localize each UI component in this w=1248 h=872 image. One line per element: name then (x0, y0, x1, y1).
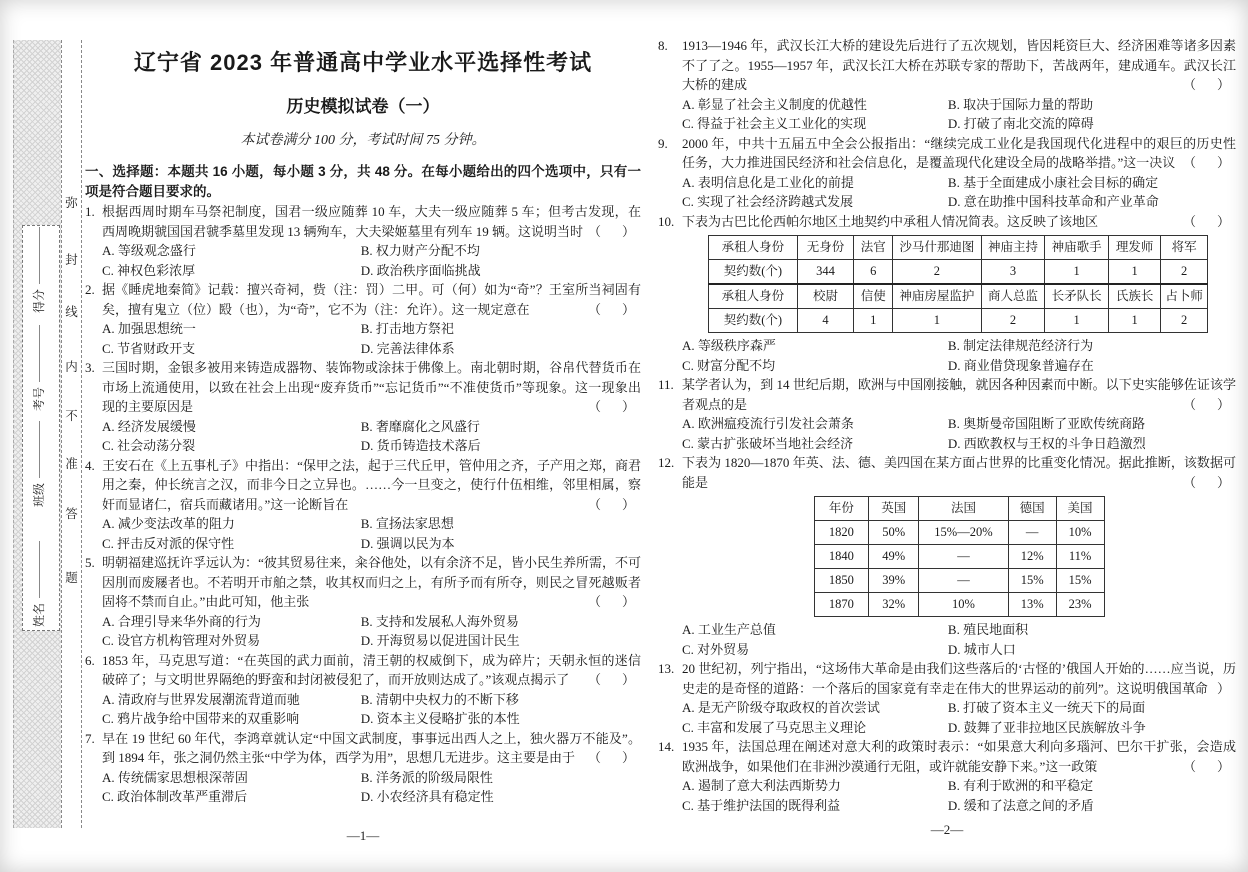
answer-bracket: （ ） (1183, 212, 1234, 232)
option-a: A. 欧洲瘟疫流行引发社会萧条 (682, 414, 948, 434)
option-b: B. 制定法律规范经济行为 (948, 336, 1236, 356)
options: A. 等级秩序森严 B. 制定法律规范经济行为 C. 财富分配不均 D. 商业借… (682, 336, 1236, 375)
cell: — (919, 569, 1009, 593)
question-7: 7. 早在 19 世纪 60 年代，李鸿章就认定“中国文武制度，事事远出西人之上… (85, 729, 641, 807)
exam-number-field: 考号 (30, 325, 47, 411)
option-c: C. 鸦片战争给中国带来的双重影响 (102, 709, 361, 729)
cell: 神庙歌手 (1045, 236, 1109, 260)
cell: 11% (1056, 545, 1104, 569)
score-field: 得分 (30, 227, 47, 313)
stem-text: 1913—1946 年，武汉长江大桥的建设先后进行了五次规划，皆因耗资巨大、经济… (682, 38, 1236, 92)
option-d: D. 货币铸造技术落后 (361, 436, 641, 456)
option-c: C. 实现了社会经济跨越式发展 (682, 192, 948, 212)
option-b: B. 打击地方祭祀 (361, 319, 641, 339)
seal-char: 封 (62, 250, 81, 268)
seal-char: 题 (62, 568, 81, 586)
question-stem: 1913—1946 年，武汉长江大桥的建设先后进行了五次规划，皆因耗资巨大、经济… (682, 36, 1236, 95)
option-d: D. 强调以民为本 (361, 534, 641, 554)
stem-text: 明朝福建巡抚许孚远认为：“彼其贸易往来，籴谷他处，以有余济不足，皆小民生养所需，… (102, 555, 641, 609)
seal-char: 准 (62, 454, 81, 472)
option-a: A. 工业生产总值 (682, 620, 948, 640)
option-c: C. 财富分配不均 (682, 356, 948, 376)
seal-char: 内 (62, 357, 81, 375)
question-3: 3. 三国时期，金银多被用来铸造成器物、装饰物或涂抹于佛像上。南北朝时期，谷帛代… (85, 358, 641, 456)
answer-bracket: （ ） (1183, 473, 1234, 493)
options: A. 等级观念盛行 B. 权力财产分配不均 C. 神权色彩浓厚 D. 政治秩序面… (102, 241, 641, 280)
options: A. 加强思想统一 B. 打击地方祭祀 C. 节省财政开支 D. 完善法律体系 (102, 319, 641, 358)
question-14: 14. 1935 年，法国总理在阐述对意大利的政策时表示：“如果意大利向多瑙河、… (658, 737, 1236, 815)
question-5: 5. 明朝福建巡抚许孚远认为：“彼其贸易往来，籴谷他处，以有余济不足，皆小民生养… (85, 553, 641, 651)
paper-subtitle: 历史模拟试卷（一） (85, 96, 641, 118)
option-b: B. 有利于欧洲的和平稳定 (948, 776, 1236, 796)
answer-bracket: （ ） (588, 670, 639, 690)
options: A. 欧洲瘟疫流行引发社会萧条 B. 奥斯曼帝国阻断了亚欧传统商路 C. 蒙古扩… (682, 414, 1236, 453)
cell: 法官 (854, 236, 893, 260)
option-c: C. 对外贸易 (682, 640, 948, 660)
stem-text: 王安石在《上五事札子》中指出：“保甲之法，起于三代丘甲，管仲用之齐，子产用之郑，… (102, 458, 641, 512)
seal-line-column: 弥 封 线 内 不 准 答 题 (61, 40, 82, 828)
option-a: A. 等级秩序森严 (682, 336, 948, 356)
cell: 15%—20% (919, 521, 1009, 545)
question-stem: 1935 年，法国总理在阐述对意大利的政策时表示：“如果意大利向多瑙河、巴尔干扩… (682, 737, 1236, 776)
option-c: C. 基于维护法国的既得利益 (682, 796, 948, 816)
question-number: 7. (85, 729, 95, 749)
options: A. 是无产阶级夺取政权的首次尝试 B. 打破了资本主义一统天下的局面 C. 丰… (682, 698, 1236, 737)
header-cell: 法国 (919, 497, 1009, 521)
table-row: 1850 39% — 15% 15% (814, 569, 1104, 593)
page-1: 辽宁省 2023 年普通高中学业水平选择性考试 历史模拟试卷（一） 本试卷满分 … (85, 46, 641, 807)
cell: 校尉 (797, 284, 853, 309)
option-d: D. 资本主义侵略扩张的本性 (361, 709, 641, 729)
cell: 3 (981, 260, 1045, 285)
question-1: 1. 根据西周时期车马祭祀制度，国君一级应随葬 10 车，大夫一级应随葬 5 车… (85, 202, 641, 280)
cell: 1840 (814, 545, 869, 569)
stem-text: 下表为古巴比伦西帕尔地区土地契约中承租人情况简表。这反映了该地区 (682, 214, 1098, 229)
cell: 将军 (1161, 236, 1208, 260)
exam-info-line: 本试卷满分 100 分，考试时间 75 分钟。 (85, 131, 641, 151)
cell: 13% (1008, 593, 1056, 617)
table-row: 1820 50% 15%—20% — 10% (814, 521, 1104, 545)
question-10: 10. 下表为古巴比伦西帕尔地区土地契约中承租人情况简表。这反映了该地区（ ） … (658, 212, 1236, 376)
name-label: 姓名 (30, 603, 47, 627)
cell: 2 (1161, 260, 1208, 285)
question-number: 9. (658, 134, 668, 154)
question-8: 8. 1913—1946 年，武汉长江大桥的建设先后进行了五次规划，皆因耗资巨大… (658, 36, 1236, 134)
option-b: B. 殖民地面积 (948, 620, 1236, 640)
answer-bracket: （ ） (588, 495, 639, 515)
cell: 承租人身份 (709, 284, 798, 309)
question-stem: 2000 年，中共十五届五中全会公报指出：“继续完成工业化是我国现代化进程中的艰… (682, 134, 1236, 173)
cell: 神庙房屋监护 (893, 284, 981, 309)
stem-text: 某学者认为，到 14 世纪后期，欧洲与中国刚接触，就因各种因素而中断。以下史实能… (682, 377, 1236, 412)
exam-number-label: 考号 (30, 387, 47, 411)
option-c: C. 社会动荡分裂 (102, 436, 361, 456)
seal-char: 不 (62, 406, 81, 424)
option-a: A. 传统儒家思想根深蒂固 (102, 768, 361, 788)
cell: 神庙主持 (981, 236, 1045, 260)
stem-text: 早在 19 世纪 60 年代，李鸿章就认定“中国文武制度，事事远出西人之上，独火… (102, 731, 641, 766)
page-number-2: —2— (658, 822, 1236, 838)
options: A. 遏制了意大利法西斯势力 B. 有利于欧洲的和平稳定 C. 基于维护法国的既… (682, 776, 1236, 815)
answer-bracket: （ ） (588, 222, 639, 242)
question-number: 10. (658, 212, 674, 232)
options: A. 经济发展缓慢 B. 奢靡腐化之风盛行 C. 社会动荡分裂 D. 货币铸造技… (102, 417, 641, 456)
question-number: 1. (85, 202, 95, 222)
question-stem: 明朝福建巡抚许孚远认为：“彼其贸易往来，籴谷他处，以有余济不足，皆小民生养所需，… (102, 553, 641, 612)
options: A. 工业生产总值 B. 殖民地面积 C. 对外贸易 D. 城市人口 (682, 620, 1236, 659)
option-b: B. 洋务派的阶级局限性 (361, 768, 641, 788)
cell: 氏族长 (1109, 284, 1161, 309)
stem-text: 下表为 1820—1870 年英、法、德、美四国在某方面占世界的比重变化情况。据… (682, 455, 1236, 490)
cell: 1 (1109, 260, 1161, 285)
option-c: C. 得益于社会主义工业化的实现 (682, 114, 948, 134)
option-b: B. 权力财产分配不均 (361, 241, 641, 261)
exam-number-blank-line (38, 325, 40, 382)
class-label: 班级 (30, 483, 47, 507)
cell: 50% (869, 521, 919, 545)
table-row: 年份 英国 法国 德国 美国 (814, 497, 1104, 521)
cell: 6 (854, 260, 893, 285)
table-row: 承租人身份 无身份 法官 沙马什那迪图 神庙主持 神庙歌手 理发师 将军 (709, 236, 1208, 260)
score-blank-line (38, 227, 40, 284)
option-a: A. 加强思想统一 (102, 319, 361, 339)
option-b: B. 奥斯曼帝国阻断了亚欧传统商路 (948, 414, 1236, 434)
question-stem: 20 世纪初，列宁指出，“这场伟大革命是由我们这些落后的‘古怪的’俄国人开始的…… (682, 659, 1236, 698)
score-label: 得分 (30, 289, 47, 313)
cell: 信使 (854, 284, 893, 309)
cell: 2 (893, 260, 981, 285)
option-b: B. 支持和发展私人海外贸易 (361, 612, 641, 632)
question-stem: 据《睡虎地秦简》记载：擅兴奇祠，赀（注：罚）二甲。可（何）如为“奇”？王室所当祠… (102, 280, 641, 319)
question-number: 12. (658, 453, 674, 473)
stem-text: 20 世纪初，列宁指出，“这场伟大革命是由我们这些落后的‘古怪的’俄国人开始的…… (682, 661, 1236, 696)
table-row: 1870 32% 10% 13% 23% (814, 593, 1104, 617)
cell: 49% (869, 545, 919, 569)
header-cell: 年份 (814, 497, 869, 521)
question-12: 12. 下表为 1820—1870 年英、法、德、美四国在某方面占世界的比重变化… (658, 453, 1236, 659)
question-4: 4. 王安石在《上五事札子》中指出：“保甲之法，起于三代丘甲，管仲用之齐，子产用… (85, 456, 641, 554)
cell: 344 (797, 260, 853, 285)
question-stem: 1853 年，马克思写道：“在英国的武力面前，清王朝的权威倒下，成为碎片；天朝永… (102, 651, 641, 690)
options: A. 传统儒家思想根深蒂固 B. 洋务派的阶级局限性 C. 政治体制改革严重滞后… (102, 768, 641, 807)
cell: 39% (869, 569, 919, 593)
option-c: C. 蒙古扩张破坏当地社会经济 (682, 434, 948, 454)
cell: 1 (854, 309, 893, 333)
question-number: 13. (658, 659, 674, 679)
cell: 1870 (814, 593, 869, 617)
answer-bracket: （ ） (588, 592, 639, 612)
question-2: 2. 据《睡虎地秦简》记载：擅兴奇祠，赀（注：罚）二甲。可（何）如为“奇”？王室… (85, 280, 641, 358)
option-c: C. 神权色彩浓厚 (102, 261, 361, 281)
option-d: D. 开海贸易以促进国计民生 (361, 631, 641, 651)
cell: 无身份 (797, 236, 853, 260)
answer-bracket: （ ） (1183, 153, 1234, 173)
stem-text: 据《睡虎地秦简》记载：擅兴奇祠，赀（注：罚）二甲。可（何）如为“奇”？王室所当祠… (102, 282, 641, 317)
seal-char: 答 (62, 504, 81, 522)
cell: 10% (1056, 521, 1104, 545)
option-a: A. 减少变法改革的阻力 (102, 514, 361, 534)
answer-bracket: （ ） (588, 397, 639, 417)
cell: 2 (1161, 309, 1208, 333)
cell: — (919, 545, 1009, 569)
stem-text: 1853 年，马克思写道：“在英国的武力面前，清王朝的权威倒下，成为碎片；天朝永… (102, 653, 641, 688)
option-b: B. 打破了资本主义一统天下的局面 (948, 698, 1236, 718)
table-row: 承租人身份 校尉 信使 神庙房屋监护 商人总监 长矛队长 氏族长 占卜师 (709, 284, 1208, 309)
option-a: A. 是无产阶级夺取政权的首次尝试 (682, 698, 948, 718)
question-13: 13. 20 世纪初，列宁指出，“这场伟大革命是由我们这些落后的‘古怪的’俄国人… (658, 659, 1236, 737)
question-number: 3. (85, 358, 95, 378)
option-d: D. 完善法律体系 (361, 339, 641, 359)
question-9: 9. 2000 年，中共十五届五中全会公报指出：“继续完成工业化是我国现代化进程… (658, 134, 1236, 212)
option-a: A. 表明信息化是工业化的前提 (682, 173, 948, 193)
stem-text: 1935 年，法国总理在阐述对意大利的政策时表示：“如果意大利向多瑙河、巴尔干扩… (682, 739, 1236, 774)
cell: 沙马什那迪图 (893, 236, 981, 260)
answer-bracket: （ ） (588, 748, 639, 768)
option-b: B. 清朝中央权力的不断下移 (361, 690, 641, 710)
name-field: 姓名 (30, 541, 47, 627)
question-stem: 早在 19 世纪 60 年代，李鸿章就认定“中国文武制度，事事远出西人之上，独火… (102, 729, 641, 768)
question-stem: 某学者认为，到 14 世纪后期，欧洲与中国刚接触，就因各种因素而中断。以下史实能… (682, 375, 1236, 414)
answer-bracket: （ ） (588, 300, 639, 320)
cell: 长矛队长 (1045, 284, 1109, 309)
option-a: A. 等级观念盛行 (102, 241, 361, 261)
option-c: C. 抨击反对派的保守性 (102, 534, 361, 554)
name-blank-line (38, 541, 40, 598)
section-header: 一、选择题：本题共 16 小题，每小题 3 分，共 48 分。在每小题给出的四个… (85, 162, 641, 202)
option-b: B. 奢靡腐化之风盛行 (361, 417, 641, 437)
question-11: 11. 某学者认为，到 14 世纪后期，欧洲与中国刚接触，就因各种因素而中断。以… (658, 375, 1236, 453)
cell: 15% (1056, 569, 1104, 593)
option-a: A. 清政府与世界发展潮流背道而驰 (102, 690, 361, 710)
cell: 23% (1056, 593, 1104, 617)
option-c: C. 丰富和发展了马克思主义理论 (682, 718, 948, 738)
exam-paper-scan: 得分 考号 班级 姓名 弥 封 线 内 不 准 答 题 辽宁省 2023 年普通… (0, 0, 1248, 872)
options: A. 减少变法改革的阻力 B. 宣扬法家思想 C. 抨击反对派的保守性 D. 强… (102, 514, 641, 553)
cell: 承租人身份 (709, 236, 798, 260)
options: A. 清政府与世界发展潮流背道而驰 B. 清朝中央权力的不断下移 C. 鸦片战争… (102, 690, 641, 729)
stem-text: 2000 年，中共十五届五中全会公报指出：“继续完成工业化是我国现代化进程中的艰… (682, 136, 1236, 171)
class-blank-line (38, 421, 40, 478)
option-d: D. 政治秩序面临挑战 (361, 261, 641, 281)
question-number: 8. (658, 36, 668, 56)
question-number: 14. (658, 737, 674, 757)
option-b: B. 取决于国际力量的帮助 (948, 95, 1236, 115)
question-number: 2. (85, 280, 95, 300)
option-c: C. 节省财政开支 (102, 339, 361, 359)
question-stem: 下表为古巴比伦西帕尔地区土地契约中承租人情况简表。这反映了该地区（ ） (682, 212, 1236, 232)
header-cell: 美国 (1056, 497, 1104, 521)
option-b: B. 基于全面建成小康社会目标的确定 (948, 173, 1236, 193)
cell: 契约数(个) (709, 309, 798, 333)
answer-bracket: （ ） (1183, 75, 1234, 95)
cell: 商人总监 (981, 284, 1045, 309)
cell: 12% (1008, 545, 1056, 569)
cell: 15% (1008, 569, 1056, 593)
seal-char: 弥 (62, 193, 81, 211)
cell: 32% (869, 593, 919, 617)
question-stem: 根据西周时期车马祭祀制度，国君一级应随葬 10 车，大夫一级应随葬 5 车；但考… (102, 202, 641, 241)
option-d: D. 缓和了法意之间的矛盾 (948, 796, 1236, 816)
header-cell: 英国 (869, 497, 919, 521)
option-d: D. 小农经济具有稳定性 (361, 787, 641, 807)
stem-text: 根据西周时期车马祭祀制度，国君一级应随葬 10 车，大夫一级应随葬 5 车；但考… (102, 204, 641, 239)
options: A. 彰显了社会主义制度的优越性 B. 取决于国际力量的帮助 C. 得益于社会主… (682, 95, 1236, 134)
cell: 占卜师 (1161, 284, 1208, 309)
cell: 1 (1109, 309, 1161, 333)
answer-bracket: （ ） (1183, 395, 1234, 415)
cell: 2 (981, 309, 1045, 333)
option-d: D. 商业借贷现象普遍存在 (948, 356, 1236, 376)
table-row: 1840 49% — 12% 11% (814, 545, 1104, 569)
exam-title: 辽宁省 2023 年普通高中学业水平选择性考试 (85, 50, 641, 76)
option-d: D. 打破了南北交流的障碍 (948, 114, 1236, 134)
q10-tenant-table: 承租人身份 无身份 法官 沙马什那迪图 神庙主持 神庙歌手 理发师 将军 契约数… (708, 235, 1208, 333)
option-a: A. 经济发展缓慢 (102, 417, 361, 437)
q12-share-table: 年份 英国 法国 德国 美国 1820 50% 15%—20% — 10% 18… (814, 496, 1105, 617)
cell: 1 (1045, 260, 1109, 285)
header-cell: 德国 (1008, 497, 1056, 521)
option-b: B. 宣扬法家思想 (361, 514, 641, 534)
cell: 理发师 (1109, 236, 1161, 260)
question-stem: 王安石在《上五事札子》中指出：“保甲之法，起于三代丘甲，管仲用之齐，子产用之郑，… (102, 456, 641, 515)
cell: 1850 (814, 569, 869, 593)
question-6: 6. 1853 年，马克思写道：“在英国的武力面前，清王朝的权威倒下，成为碎片；… (85, 651, 641, 729)
option-d: D. 西欧教权与王权的斗争日趋激烈 (948, 434, 1236, 454)
option-a: A. 遏制了意大利法西斯势力 (682, 776, 948, 796)
cell: 1 (893, 309, 981, 333)
question-stem: 三国时期，金银多被用来铸造成器物、装饰物或涂抹于佛像上。南北朝时期，谷帛代替货币… (102, 358, 641, 417)
cell: — (1008, 521, 1056, 545)
options: A. 合理引导来华外商的行为 B. 支持和发展私人海外贸易 C. 设官方机构管理… (102, 612, 641, 651)
option-a: A. 彰显了社会主义制度的优越性 (682, 95, 948, 115)
seal-char: 线 (62, 302, 81, 320)
options: A. 表明信息化是工业化的前提 B. 基于全面建成小康社会目标的确定 C. 实现… (682, 173, 1236, 212)
question-number: 4. (85, 456, 95, 476)
class-field: 班级 (30, 421, 47, 507)
option-c: C. 设官方机构管理对外贸易 (102, 631, 361, 651)
table-row: 契约数(个) 344 6 2 3 1 1 2 (709, 260, 1208, 285)
option-d: D. 鼓舞了亚非拉地区民族解放斗争 (948, 718, 1236, 738)
question-stem: 下表为 1820—1870 年英、法、德、美四国在某方面占世界的比重变化情况。据… (682, 453, 1236, 492)
table-row: 契约数(个) 4 1 1 2 1 1 2 (709, 309, 1208, 333)
option-a: A. 合理引导来华外商的行为 (102, 612, 361, 632)
option-c: C. 政治体制改革严重滞后 (102, 787, 361, 807)
cell: 1 (1045, 309, 1109, 333)
option-d: D. 意在助推中国科技革命和产业革命 (948, 192, 1236, 212)
page-number-1: —1— (85, 828, 641, 844)
cell: 契约数(个) (709, 260, 798, 285)
question-number: 11. (658, 375, 674, 395)
cell: 4 (797, 309, 853, 333)
answer-bracket: （ ） (1183, 757, 1234, 777)
stem-text: 三国时期，金银多被用来铸造成器物、装饰物或涂抹于佛像上。南北朝时期，谷帛代替货币… (102, 360, 641, 414)
cell: 1820 (814, 521, 869, 545)
option-d: D. 城市人口 (948, 640, 1236, 660)
answer-bracket: （ ） (1183, 679, 1234, 699)
page-2: 8. 1913—1946 年，武汉长江大桥的建设先后进行了五次规划，皆因耗资巨大… (658, 36, 1236, 815)
question-number: 5. (85, 553, 95, 573)
question-number: 6. (85, 651, 95, 671)
cell: 10% (919, 593, 1009, 617)
